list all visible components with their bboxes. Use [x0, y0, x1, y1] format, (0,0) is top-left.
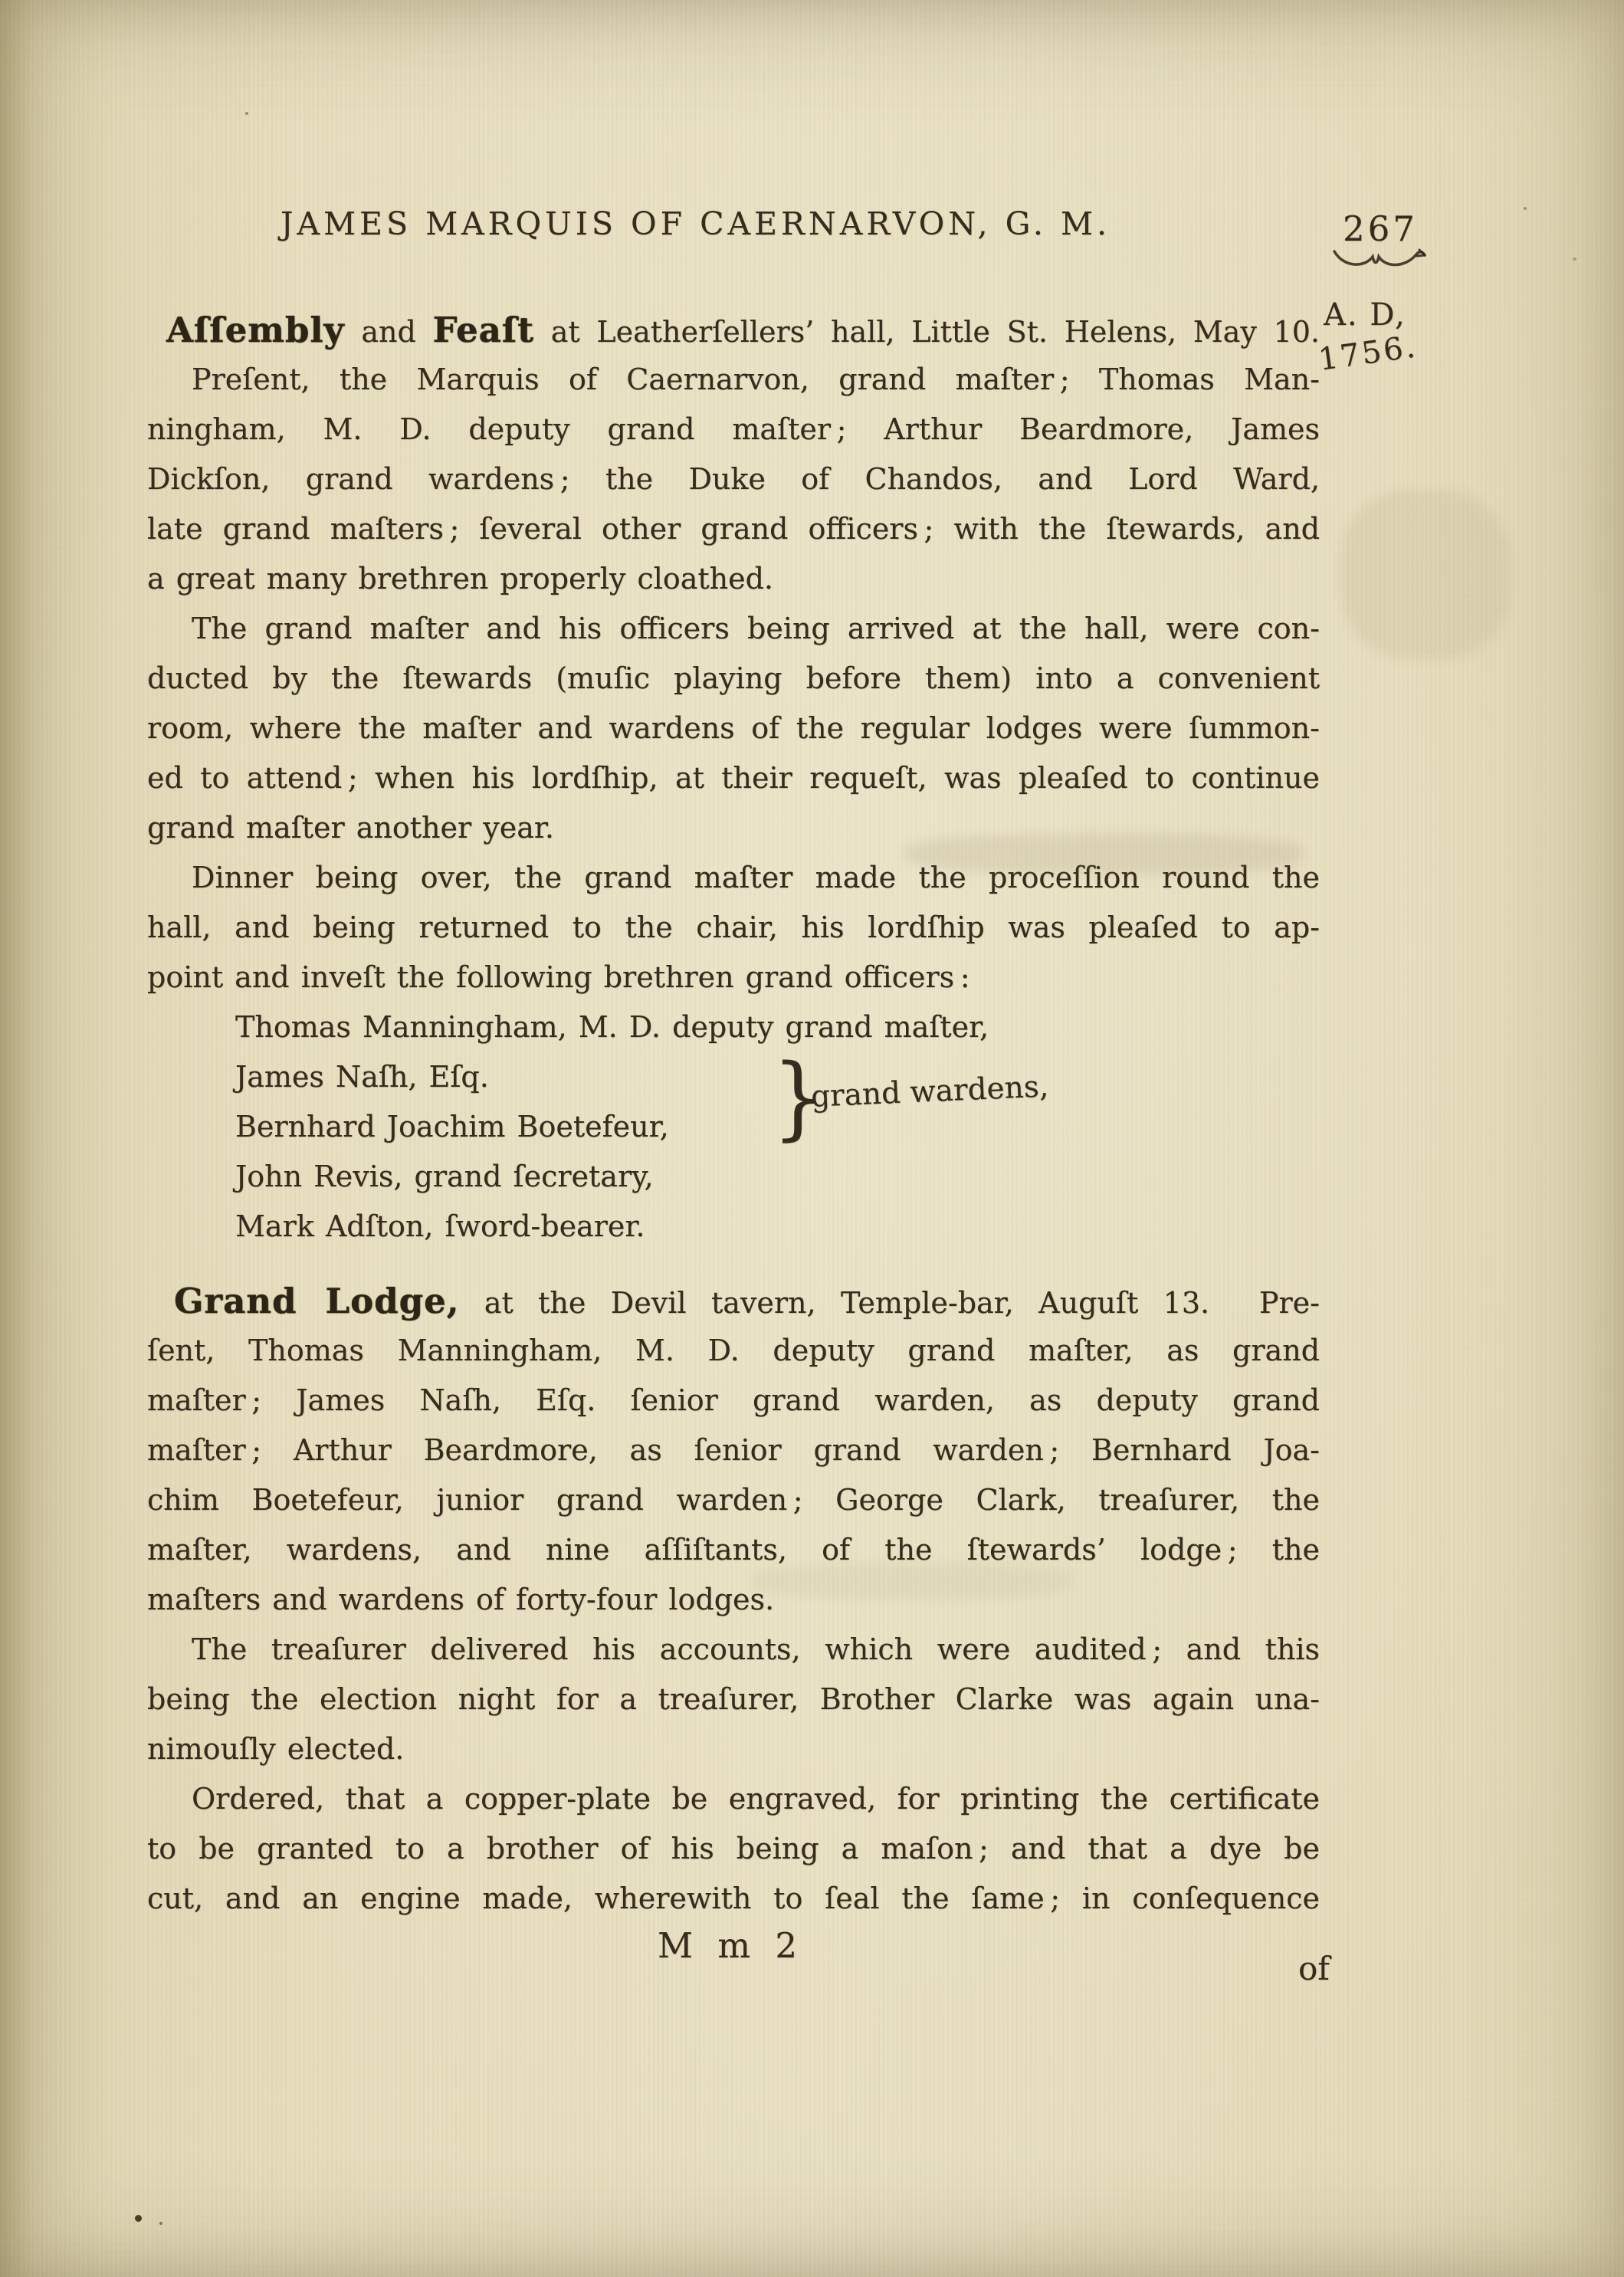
text-line: grand maſter another year. — [147, 803, 1320, 853]
text-line: Grand Lodge, at the Devil tavern, Temple… — [147, 1276, 1320, 1326]
text-line: cut, and an engine made, wherewith to ſe… — [147, 1874, 1320, 1924]
text-line: late grand maſters ; ſeveral other grand… — [147, 504, 1320, 554]
margin-note-ad: A. D, — [1324, 297, 1406, 333]
body-text: and — [345, 315, 433, 349]
text-line: ſent, Thomas Manningham, M. D. deputy gr… — [147, 1326, 1320, 1376]
body-text: maſter ; Arthur Beardmore, as ſenior gra… — [147, 1433, 1320, 1467]
text-line: ed to attend ; when his lordſhip, at the… — [147, 753, 1320, 803]
blackletter-text: Grand Lodge, — [174, 1281, 459, 1321]
paper-speck — [135, 2215, 142, 2222]
catchword: of — [1298, 1950, 1330, 1987]
body-text: Mark Adſton, ſword-bearer. — [235, 1209, 645, 1243]
underbrace-swash-icon — [1330, 245, 1429, 277]
body-text: ed to attend ; when his lordſhip, at the… — [147, 761, 1320, 795]
body-text: James Naſh, Eſq. — [235, 1060, 489, 1094]
text-line: chim Boetefeur, junior grand warden ; Ge… — [147, 1475, 1320, 1525]
body-text: Dinner being over, the grand maſter made… — [192, 861, 1320, 894]
body-text: Bernhard Joachim Boetefeur, — [235, 1110, 669, 1143]
text-line: maſter, wardens, and nine aſſiſtants, of… — [147, 1525, 1320, 1575]
margin-note-year: 1756. — [1316, 329, 1419, 378]
body-text: point and inveſt the following brethren … — [147, 960, 970, 994]
body-text: room, where the maſter and wardens of th… — [147, 711, 1320, 745]
text-line: Bernhard Joachim Boetefeur, — [147, 1102, 1320, 1152]
text-line: nimouſly elected. — [147, 1724, 1320, 1774]
paper-speck — [1573, 258, 1576, 261]
body-text: Preſent, the Marquis of Caernarvon, gran… — [192, 363, 1320, 396]
text-line: maſter ; James Naſh, Eſq. ſenior grand w… — [147, 1376, 1320, 1426]
text-line: John Revis, grand ſecretary, — [147, 1152, 1320, 1202]
body-text: hall, and being returned to the chair, h… — [147, 910, 1320, 944]
body-text: maſter, wardens, and nine aſſiſtants, of… — [147, 1533, 1320, 1567]
text-line: The treaſurer delivered his accounts, wh… — [147, 1625, 1320, 1675]
text-line: being the election night for a treaſurer… — [147, 1675, 1320, 1724]
blackletter-text: Feaſt — [433, 310, 534, 350]
paper-speck — [159, 2222, 162, 2225]
body-text: at the Devil tavern, Temple-bar, Auguſt … — [459, 1286, 1320, 1320]
body-text: Thomas Manningham, M. D. deputy grand ma… — [235, 1010, 989, 1044]
body-text: grand maſter another year. — [147, 811, 554, 845]
text-line: James Naſh, Eſq. — [147, 1052, 1320, 1102]
text-line: The grand maſter and his officers being … — [147, 604, 1320, 654]
text-line: maſters and wardens of forty-four lodges… — [147, 1575, 1320, 1625]
body-text-block: Aſſembly and Feaſt at Leatherſellers’ ha… — [147, 305, 1320, 1924]
text-line: hall, and being returned to the chair, h… — [147, 903, 1320, 953]
body-text: Dickſon, grand wardens ; the Duke of Cha… — [147, 462, 1320, 496]
body-text: The grand maſter and his officers being … — [192, 612, 1320, 645]
paper-speck — [245, 112, 248, 115]
body-text: to be granted to a brother of his being … — [147, 1832, 1320, 1865]
text-line: point and inveſt the following brethren … — [147, 953, 1320, 1002]
body-text: chim Boetefeur, junior grand warden ; Ge… — [147, 1483, 1320, 1517]
text-line: maſter ; Arthur Beardmore, as ſenior gra… — [147, 1426, 1320, 1475]
page-number: 267 — [1343, 208, 1418, 249]
show-through-smudge — [1341, 491, 1510, 659]
body-text: being the election night for a treaſurer… — [147, 1682, 1320, 1716]
body-text: nimouſly elected. — [147, 1732, 404, 1766]
text-line: Mark Adſton, ſword-bearer. — [147, 1202, 1320, 1252]
body-text: The treaſurer delivered his accounts, wh… — [192, 1632, 1320, 1666]
body-text: late grand maſters ; ſeveral other grand… — [147, 512, 1320, 546]
signature-mark: M m 2 — [658, 1925, 799, 1966]
blackletter-text: Aſſembly — [166, 310, 345, 350]
body-text: Ordered, that a copper-plate be engraved… — [192, 1782, 1320, 1816]
body-text: ſent, Thomas Manningham, M. D. deputy gr… — [147, 1334, 1320, 1367]
text-line: Ordered, that a copper-plate be engraved… — [147, 1774, 1320, 1824]
body-text: maſters and wardens of forty-four lodges… — [147, 1583, 774, 1616]
body-text: a great many brethren properly cloathed. — [147, 562, 773, 595]
text-line: ningham, M. D. deputy grand maſter ; Art… — [147, 405, 1320, 454]
body-text: cut, and an engine made, wherewith to ſe… — [147, 1882, 1320, 1915]
book-page: JAMES MARQUIS OF CAERNARVON, G. M. 267 A… — [0, 0, 1624, 2277]
text-line: Thomas Manningham, M. D. deputy grand ma… — [147, 1002, 1320, 1052]
text-line: a great many brethren properly cloathed. — [147, 554, 1320, 604]
running-header-title: JAMES MARQUIS OF CAERNARVON, G. M. — [281, 205, 1111, 242]
paper-speck — [1524, 207, 1527, 210]
body-text: at Leatherſellers’ hall, Little St. Hele… — [534, 315, 1320, 349]
text-line: Preſent, the Marquis of Caernarvon, gran… — [147, 355, 1320, 405]
body-text: ningham, M. D. deputy grand maſter ; Art… — [147, 412, 1320, 446]
text-line: Dickſon, grand wardens ; the Duke of Cha… — [147, 454, 1320, 504]
body-text: ducted by the ſtewards (muſic playing be… — [147, 661, 1320, 695]
text-line: Dinner being over, the grand maſter made… — [147, 853, 1320, 903]
text-line: ducted by the ſtewards (muſic playing be… — [147, 654, 1320, 704]
text-line: to be granted to a brother of his being … — [147, 1824, 1320, 1874]
text-line: room, where the maſter and wardens of th… — [147, 704, 1320, 753]
body-text: maſter ; James Naſh, Eſq. ſenior grand w… — [147, 1383, 1320, 1417]
body-text: John Revis, grand ſecretary, — [235, 1160, 654, 1193]
text-line: Aſſembly and Feaſt at Leatherſellers’ ha… — [147, 305, 1320, 355]
